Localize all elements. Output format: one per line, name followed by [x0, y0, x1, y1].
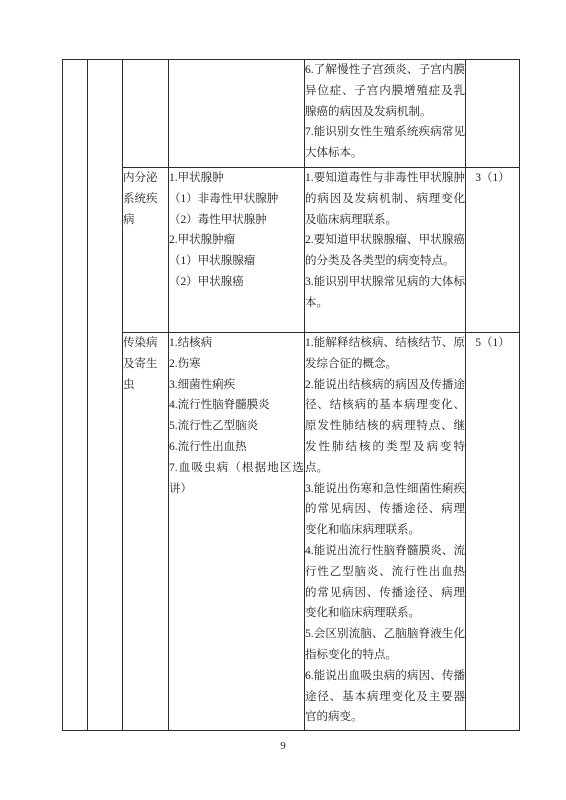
cell-category-infectious: 传染病及寄生虫: [123, 333, 169, 731]
cell-hours-continued: [466, 60, 520, 168]
objective-item: 6.了解慢性子宫颈炎、子宫内膜异位症、子宫内膜增殖症及乳腺癌的病因及发病机制。: [305, 60, 465, 122]
objective-item: 6.能说出血吸虫病的病因、传播途径、基本病理变化及主要器官的病变。: [305, 666, 465, 728]
cell-left-margin-col-1: [63, 60, 88, 731]
category-label: 内分泌系统疾病: [123, 168, 168, 230]
cell-hours-infectious: 5（1）: [466, 333, 520, 731]
cell-objectives-infectious: 1.能解释结核病、结核结节、原发综合征的概念。 2.能说出结核病的病因及传播途径…: [305, 333, 466, 731]
disease-item: 2.伤寒: [169, 354, 304, 375]
page-number: 9: [0, 740, 566, 752]
cell-diseases-endocrine: 1.甲状腺肿 （1）非毒性甲状腺肿 （2）毒性甲状腺肿 2.甲状腺肿瘤 （1）甲…: [169, 168, 305, 333]
table-row-endocrine: 内分泌系统疾病 1.甲状腺肿 （1）非毒性甲状腺肿 （2）毒性甲状腺肿 2.甲状…: [63, 168, 520, 333]
disease-item: 5.流行性乙型脑炎: [169, 416, 304, 437]
disease-item: 1.结核病: [169, 333, 304, 354]
cell-objectives-continued: 6.了解慢性子宫颈炎、子宫内膜异位症、子宫内膜增殖症及乳腺癌的病因及发病机制。 …: [305, 60, 466, 168]
disease-item: 4.流行性脑脊髓膜炎: [169, 395, 304, 416]
document-page: 6.了解慢性子宫颈炎、子宫内膜异位症、子宫内膜增殖症及乳腺癌的病因及发病机制。 …: [0, 0, 566, 800]
table-row-continued: 6.了解慢性子宫颈炎、子宫内膜异位症、子宫内膜增殖症及乳腺癌的病因及发病机制。 …: [63, 60, 520, 168]
disease-item: （1）非毒性甲状腺肿: [169, 189, 304, 210]
cell-hours-endocrine: 3（1）: [466, 168, 520, 333]
objective-item: 5.会区别流脑、乙脑脑脊液生化指标变化的特点。: [305, 624, 465, 666]
disease-item: （2）甲状腺癌: [169, 272, 304, 293]
disease-item: 3.细菌性痢疾: [169, 375, 304, 396]
objective-item: 2.能说出结核病的病因及传播途径、结核病的基本病理变化、原发性肺结核的病理特点、…: [305, 375, 465, 479]
cell-diseases-infectious: 1.结核病 2.伤寒 3.细菌性痢疾 4.流行性脑脊髓膜炎 5.流行性乙型脑炎 …: [169, 333, 305, 731]
disease-item: （1）甲状腺腺瘤: [169, 251, 304, 272]
disease-item: 1.甲状腺肿: [169, 168, 304, 189]
cell-objectives-endocrine: 1.要知道毒性与非毒性甲状腺肿的病因及发病机制、病理变化及临床病理联系。 2.要…: [305, 168, 466, 333]
cell-category-endocrine: 内分泌系统疾病: [123, 168, 169, 333]
objective-item: 4.能说出流行性脑脊髓膜炎、流行性乙型脑炎、流行性出血热的常见病因、传播途径、病…: [305, 541, 465, 624]
disease-item: 6.流行性出血热: [169, 437, 304, 458]
disease-item: 2.甲状腺肿瘤: [169, 230, 304, 251]
cell-diseases-continued: [169, 60, 305, 168]
hours-value: 3（1）: [475, 172, 510, 184]
objective-item: 3.能说出伤寒和急性细菌性痢疾的常见病因、传播途径、病理变化和临床病理联系。: [305, 479, 465, 541]
objective-item: 1.要知道毒性与非毒性甲状腺肿的病因及发病机制、病理变化及临床病理联系。: [305, 168, 465, 230]
syllabus-table: 6.了解慢性子宫颈炎、子宫内膜异位症、子宫内膜增殖症及乳腺癌的病因及发病机制。 …: [62, 59, 520, 731]
cell-left-margin-col-2: [88, 60, 123, 731]
objective-item: 2.要知道甲状腺腺瘤、甲状腺癌的分类及各类型的病变特点。: [305, 230, 465, 272]
objective-item: 1.能解释结核病、结核结节、原发综合征的概念。: [305, 333, 465, 375]
objective-item: 3.能识别甲状腺常见病的大体标本。: [305, 272, 465, 314]
category-label: 传染病及寄生虫: [123, 333, 168, 395]
disease-item: 7.血吸虫病（根据地区选讲）: [169, 458, 304, 500]
cell-category-continued: [123, 60, 169, 168]
hours-value: 5（1）: [475, 337, 510, 349]
disease-item: （2）毒性甲状腺肿: [169, 210, 304, 231]
objective-item: 7.能识别女性生殖系统疾病常见大体标本。: [305, 122, 465, 164]
table-row-infectious: 传染病及寄生虫 1.结核病 2.伤寒 3.细菌性痢疾 4.流行性脑脊髓膜炎 5.…: [63, 333, 520, 731]
